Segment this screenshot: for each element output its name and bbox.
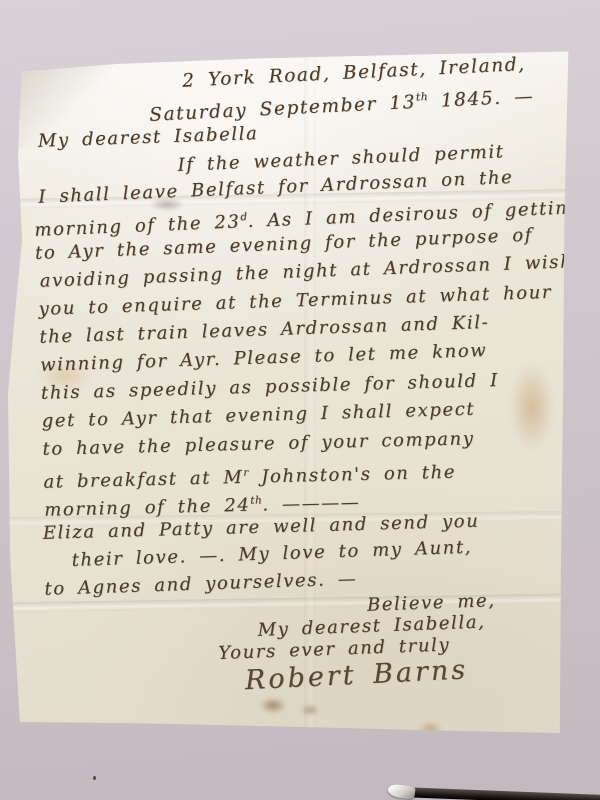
photo-background: 2 York Road, Belfast, Ireland,Saturday S… <box>0 0 600 800</box>
pen-tip-highlight <box>387 783 416 800</box>
ink-spot <box>301 705 319 715</box>
ink-spot <box>418 722 442 735</box>
ink-spot <box>260 698 286 713</box>
letter-paper: 2 York Road, Belfast, Ireland,Saturday S… <box>4 46 570 740</box>
letter-text: 2 York Road, Belfast, Ireland,Saturday S… <box>30 57 579 704</box>
pen-object <box>398 787 600 800</box>
dust-speck <box>93 776 96 780</box>
